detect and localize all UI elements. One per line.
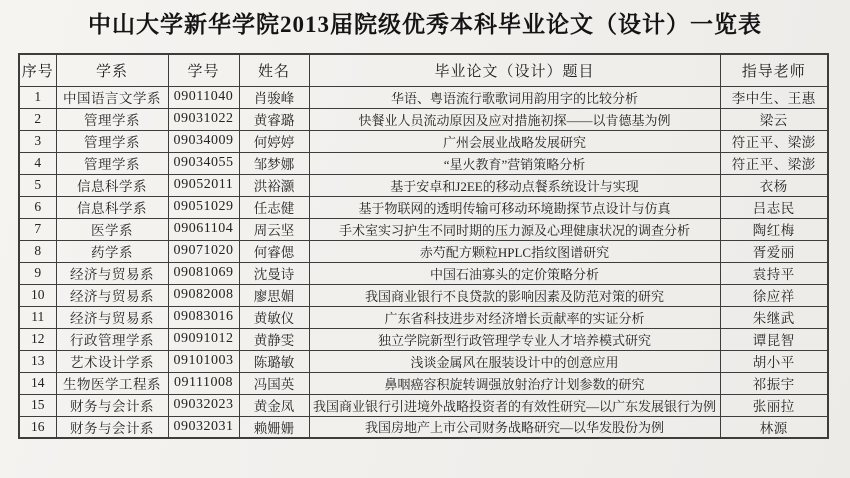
cell-name: 黄静雯 (239, 328, 309, 350)
cell-department: 药学系 (56, 240, 168, 262)
cell-name: 沈曼诗 (239, 262, 309, 284)
cell-department: 艺术设计学系 (56, 350, 168, 372)
cell-advisor: 胥爱丽 (720, 240, 828, 262)
cell-name: 洪裕灏 (239, 174, 309, 196)
table-row: 10经济与贸易系09082008廖思媚我国商业银行不良贷款的影响因素及防范对策的… (19, 284, 828, 306)
table-row: 16财务与会计系09032031赖姗姗我国房地产上市公司财务战略研究—以华发股份… (19, 416, 828, 438)
table-header-row: 序号 学系 学号 姓名 毕业论文（设计）题目 指导老师 (19, 54, 828, 86)
cell-thesis-title: 广东省科技进步对经济增长贡献率的实证分析 (309, 306, 720, 328)
cell-index: 7 (19, 218, 56, 240)
cell-student-id: 09052011 (168, 174, 239, 196)
cell-thesis-title: 赤芍配方颗粒HPLC指纹图谱研究 (309, 240, 720, 262)
table-row: 6信息科学系09051029任志健基于物联网的透明传输可移动环境勘探节点设计与仿… (19, 196, 828, 218)
cell-student-id: 09082008 (168, 284, 239, 306)
cell-thesis-title: 我国商业银行引进境外战略投资者的有效性研究—以广东发展银行为例 (309, 394, 720, 416)
cell-index: 11 (19, 306, 56, 328)
column-header-student-id: 学号 (168, 54, 239, 86)
table-row: 7医学系09061104周云坚手术室实习护生不同时期的压力源及心理健康状况的调查… (19, 218, 828, 240)
document-title: 中山大学新华学院2013届院级优秀本科毕业论文（设计）一览表 (0, 9, 850, 41)
cell-name: 何婷婷 (239, 130, 309, 152)
cell-thesis-title: 广州会展业战略发展研究 (309, 130, 720, 152)
table-row: 9经济与贸易系09081069沈曼诗中国石油寡头的定价策略分析袁持平 (19, 262, 828, 284)
cell-advisor: 符正平、梁澎 (720, 152, 828, 174)
cell-name: 黄敏仪 (239, 306, 309, 328)
cell-thesis-title: “星火教育”营销策略分析 (309, 152, 720, 174)
cell-department: 财务与会计系 (56, 394, 168, 416)
cell-advisor: 林源 (720, 416, 828, 438)
cell-index: 8 (19, 240, 56, 262)
cell-student-id: 09032023 (168, 394, 239, 416)
cell-department: 经济与贸易系 (56, 262, 168, 284)
cell-advisor: 胡小平 (720, 350, 828, 372)
cell-student-id: 09032031 (168, 416, 239, 438)
cell-thesis-title: 快餐业人员流动原因及应对措施初探——以肯德基为例 (309, 108, 720, 130)
cell-department: 生物医学工程系 (56, 372, 168, 394)
cell-thesis-title: 我国商业银行不良贷款的影响因素及防范对策的研究 (309, 284, 720, 306)
cell-thesis-title: 浅谈金属风在服装设计中的创意应用 (309, 350, 720, 372)
cell-thesis-title: 鼻咽癌容积旋转调强放射治疗计划参数的研究 (309, 372, 720, 394)
column-header-advisor: 指导老师 (720, 54, 828, 86)
thesis-table: 序号 学系 学号 姓名 毕业论文（设计）题目 指导老师 1中国语言文学系0901… (18, 53, 829, 439)
table-row: 4管理学系09034055邹梦娜“星火教育”营销策略分析符正平、梁澎 (19, 152, 828, 174)
cell-advisor: 谭昆智 (720, 328, 828, 350)
table-row: 14生物医学工程系09111008冯国英鼻咽癌容积旋转调强放射治疗计划参数的研究… (19, 372, 828, 394)
cell-student-id: 09081069 (168, 262, 239, 284)
cell-student-id: 09111008 (168, 372, 239, 394)
cell-advisor: 吕志民 (720, 196, 828, 218)
cell-advisor: 张丽拉 (720, 394, 828, 416)
cell-name: 陈璐敏 (239, 350, 309, 372)
table-row: 8药学系09071020何睿偲赤芍配方颗粒HPLC指纹图谱研究胥爱丽 (19, 240, 828, 262)
cell-name: 黄睿璐 (239, 108, 309, 130)
cell-department: 经济与贸易系 (56, 284, 168, 306)
cell-student-id: 09071020 (168, 240, 239, 262)
cell-advisor: 陶红梅 (720, 218, 828, 240)
cell-student-id: 09031022 (168, 108, 239, 130)
cell-department: 管理学系 (56, 152, 168, 174)
cell-student-id: 09051029 (168, 196, 239, 218)
cell-index: 12 (19, 328, 56, 350)
cell-department: 管理学系 (56, 130, 168, 152)
cell-name: 赖姗姗 (239, 416, 309, 438)
cell-advisor: 李中生、王惠 (720, 86, 828, 108)
cell-name: 黄金凤 (239, 394, 309, 416)
cell-department: 信息科学系 (56, 174, 168, 196)
cell-thesis-title: 独立学院新型行政管理学专业人才培养模式研究 (309, 328, 720, 350)
cell-student-id: 09034055 (168, 152, 239, 174)
table-row: 3管理学系09034009何婷婷广州会展业战略发展研究符正平、梁澎 (19, 130, 828, 152)
cell-student-id: 09011040 (168, 86, 239, 108)
cell-student-id: 09061104 (168, 218, 239, 240)
table-row: 13艺术设计学系09101003陈璐敏浅谈金属风在服装设计中的创意应用胡小平 (19, 350, 828, 372)
cell-department: 行政管理学系 (56, 328, 168, 350)
cell-department: 中国语言文学系 (56, 86, 168, 108)
cell-advisor: 梁云 (720, 108, 828, 130)
cell-thesis-title: 手术室实习护生不同时期的压力源及心理健康状况的调查分析 (309, 218, 720, 240)
cell-name: 冯国英 (239, 372, 309, 394)
table-row: 12行政管理学系09091012黄静雯独立学院新型行政管理学专业人才培养模式研究… (19, 328, 828, 350)
cell-thesis-title: 基于物联网的透明传输可移动环境勘探节点设计与仿真 (309, 196, 720, 218)
cell-student-id: 09034009 (168, 130, 239, 152)
table-row: 11经济与贸易系09083016黄敏仪广东省科技进步对经济增长贡献率的实证分析朱… (19, 306, 828, 328)
cell-index: 3 (19, 130, 56, 152)
cell-department: 医学系 (56, 218, 168, 240)
cell-student-id: 09083016 (168, 306, 239, 328)
cell-student-id: 09091012 (168, 328, 239, 350)
cell-student-id: 09101003 (168, 350, 239, 372)
cell-name: 任志健 (239, 196, 309, 218)
cell-index: 6 (19, 196, 56, 218)
cell-name: 周云坚 (239, 218, 309, 240)
cell-name: 何睿偲 (239, 240, 309, 262)
cell-index: 16 (19, 416, 56, 438)
cell-index: 10 (19, 284, 56, 306)
cell-thesis-title: 华语、粤语流行歌歌词用韵用字的比较分析 (309, 86, 720, 108)
cell-name: 廖思媚 (239, 284, 309, 306)
column-header-thesis-title: 毕业论文（设计）题目 (309, 54, 720, 86)
cell-department: 信息科学系 (56, 196, 168, 218)
cell-advisor: 徐应祥 (720, 284, 828, 306)
table-row: 15财务与会计系09032023黄金凤我国商业银行引进境外战略投资者的有效性研究… (19, 394, 828, 416)
cell-thesis-title: 中国石油寡头的定价策略分析 (309, 262, 720, 284)
table-row: 2管理学系09031022黄睿璐快餐业人员流动原因及应对措施初探——以肯德基为例… (19, 108, 828, 130)
column-header-index: 序号 (19, 54, 56, 86)
cell-index: 2 (19, 108, 56, 130)
table-row: 5信息科学系09052011洪裕灏基于安卓和J2EE的移动点餐系统设计与实现衣杨 (19, 174, 828, 196)
cell-name: 邹梦娜 (239, 152, 309, 174)
table-body: 1中国语言文学系09011040肖骏峰华语、粤语流行歌歌词用韵用字的比较分析李中… (19, 86, 828, 438)
cell-index: 9 (19, 262, 56, 284)
cell-department: 财务与会计系 (56, 416, 168, 438)
cell-advisor: 衣杨 (720, 174, 828, 196)
table-row: 1中国语言文学系09011040肖骏峰华语、粤语流行歌歌词用韵用字的比较分析李中… (19, 86, 828, 108)
column-header-name: 姓名 (239, 54, 309, 86)
cell-department: 经济与贸易系 (56, 306, 168, 328)
cell-thesis-title: 基于安卓和J2EE的移动点餐系统设计与实现 (309, 174, 720, 196)
cell-index: 4 (19, 152, 56, 174)
cell-index: 5 (19, 174, 56, 196)
cell-index: 1 (19, 86, 56, 108)
cell-index: 14 (19, 372, 56, 394)
cell-advisor: 朱继武 (720, 306, 828, 328)
cell-department: 管理学系 (56, 108, 168, 130)
column-header-department: 学系 (56, 54, 168, 86)
cell-index: 15 (19, 394, 56, 416)
cell-thesis-title: 我国房地产上市公司财务战略研究—以华发股份为例 (309, 416, 720, 438)
cell-advisor: 祁振宇 (720, 372, 828, 394)
cell-advisor: 袁持平 (720, 262, 828, 284)
cell-advisor: 符正平、梁澎 (720, 130, 828, 152)
cell-index: 13 (19, 350, 56, 372)
cell-name: 肖骏峰 (239, 86, 309, 108)
